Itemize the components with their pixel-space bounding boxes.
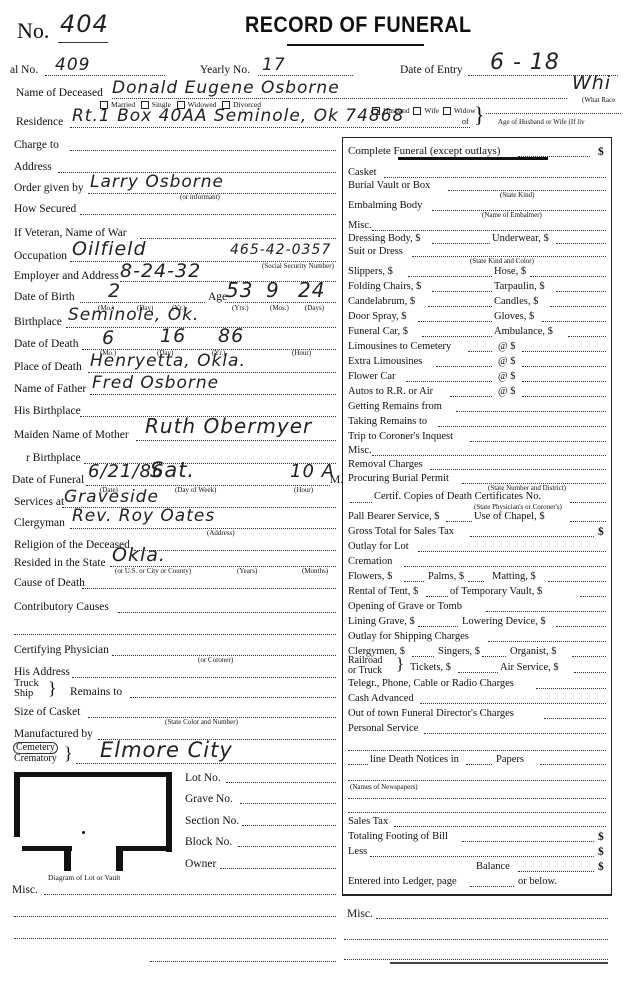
owner-field[interactable] [220, 868, 336, 869]
spouse-options: Husband Wife Widow [372, 107, 476, 115]
cemetery-field[interactable] [76, 763, 336, 764]
father-value: Fred Osborne [92, 373, 219, 393]
telegr-row: Telegr., Phone, Cable or Radio Charges [348, 678, 514, 690]
employer-label: Employer and Address [14, 269, 119, 283]
dob-value: 2 [108, 280, 121, 302]
door-spray-row: Door Spray, $ [348, 311, 407, 323]
his-address-label: His Address [14, 665, 70, 679]
shipping-charges-row: Outlay for Shipping Charges [348, 631, 469, 643]
outlay-lot-field[interactable] [418, 551, 606, 552]
birthplace-label: Birthplace [14, 315, 62, 329]
slippers-row: Slippers, $ [348, 266, 393, 278]
less-row: Less [348, 846, 367, 858]
spouse-age-hint: Age of Husband or Wife (If liv [498, 118, 585, 126]
personal-service-row: Personal Service [348, 723, 418, 735]
clergyman-label: Clergyman [14, 516, 65, 530]
address-label: Address [14, 160, 52, 174]
her-birthplace-label: r Birthplace [26, 451, 81, 465]
age-years-value: 53 [226, 278, 253, 302]
dod-month: 6 [102, 327, 115, 349]
order-given-by-value: Larry Osborne [90, 172, 224, 192]
taking-remains-field[interactable] [438, 426, 606, 427]
totaling-footing-field[interactable] [462, 841, 594, 842]
record-number-line [58, 42, 108, 43]
place-of-death-value: Henryetta, Okla. [90, 351, 246, 371]
occupation-value: Oilfield [72, 238, 147, 260]
misc-field-1[interactable] [372, 230, 606, 231]
dob-label: Date of Birth [14, 290, 75, 304]
deceased-name-value: Donald Eugene Osborne [112, 78, 340, 98]
ssn-hint: (Social Security Number) [262, 262, 334, 270]
clergyman-value: Rev. Roy Oates [72, 506, 215, 526]
getting-remains-field[interactable] [456, 411, 606, 412]
grave-no-label: Grave No. [185, 792, 233, 806]
flower-car-row: Flower Car [348, 371, 396, 383]
burial-vault-row: Burial Vault or Box [348, 180, 430, 192]
deceased-name-label: Name of Deceased [16, 86, 103, 100]
owner-label: Owner [185, 857, 216, 871]
wife-checkbox[interactable] [413, 107, 421, 115]
grave-no-field[interactable] [240, 803, 336, 804]
father-label: Name of Father [14, 382, 86, 396]
cash-advanced-row: Cash Advanced [348, 693, 414, 705]
place-of-death-label: Place of Death [14, 360, 82, 374]
balance-row: Balance [476, 861, 510, 872]
outlay-lot-row: Outlay for Lot [348, 541, 409, 553]
serial-no-label: al No. [10, 63, 38, 77]
rental-tent-row: Rental of Tent, $ [348, 586, 418, 598]
pall-bearer-row: Pall Bearer Service, $ [348, 511, 440, 523]
casket-size-label: Size of Casket [14, 705, 80, 719]
casket-row: Casket [348, 167, 377, 179]
funeral-hour-value: 10 A [290, 461, 335, 482]
dod-day: 16 [160, 325, 186, 347]
yearly-no-value: 17 [262, 55, 286, 75]
residence-value: Rt.1 Box 40AA Seminole, Ok 74868 [72, 106, 404, 126]
cemetery-value: Elmore City [100, 738, 233, 762]
father-field[interactable] [90, 394, 336, 395]
opening-grave-row: Opening of Grave or Tomb [348, 601, 462, 613]
casket-field[interactable] [384, 177, 606, 178]
contributory-label: Contributory Causes [14, 600, 109, 614]
lot-no-field[interactable] [226, 782, 336, 783]
misc-right-field[interactable] [376, 918, 608, 919]
how-secured-label: How Secured [14, 202, 76, 216]
order-given-by-label: Order given by [14, 181, 84, 195]
removal-charges-row: Removal Charges [348, 459, 423, 471]
tickets-row: Tickets, $ [410, 662, 451, 673]
his-birthplace-label: His Birthplace [14, 404, 81, 418]
misc-field-2[interactable] [372, 455, 606, 456]
widow-checkbox[interactable] [443, 107, 451, 115]
birthplace-value: Seminole, Ok. [68, 305, 199, 325]
suit-dress-row: Suit or Dress [348, 246, 403, 258]
extra-limousines-row: Extra Limousines [348, 356, 422, 368]
misc-row-2: Misc. [348, 445, 372, 457]
folding-chairs-row: Folding Chairs, $ [348, 281, 421, 293]
dod-label: Date of Death [14, 337, 79, 351]
race-value: Whi [572, 72, 611, 94]
page-title: RECORD OF FUNERAL [245, 12, 472, 38]
cremation-field[interactable] [404, 566, 606, 567]
cremation-row: Cremation [348, 556, 392, 568]
services-at-value: Graveside [64, 487, 159, 507]
complete-funeral-underline [398, 157, 548, 160]
yearly-no-label: Yearly No. [200, 63, 250, 77]
physician-label: Certifying Physician [14, 643, 109, 657]
charge-to-label: Charge to [14, 138, 59, 152]
ledger-page-field[interactable] [470, 886, 514, 887]
less-field[interactable] [370, 856, 594, 857]
funeral-car-row: Funeral Car, $ [348, 326, 408, 338]
cause-field[interactable] [82, 588, 336, 589]
mother-field[interactable] [136, 440, 336, 441]
mother-label: Maiden Name of Mother [14, 428, 129, 442]
lot-no-label: Lot No. [185, 771, 221, 785]
husband-checkbox[interactable] [372, 107, 380, 115]
cash-advanced-field[interactable] [420, 703, 606, 704]
funeral-day-value: Sat. [150, 458, 195, 482]
death-notices-row: line Death Notices in [370, 754, 459, 765]
record-number-label: No. [17, 18, 49, 44]
residence-label: Residence [16, 115, 63, 129]
coroner-inquest-field[interactable] [470, 441, 606, 442]
personal-service-field[interactable] [424, 733, 606, 734]
dressing-row: Dressing Body, $ [348, 233, 421, 245]
age-days-value: 24 [298, 278, 325, 302]
coroner-inquest-row: Trip to Coroner's Inquest [348, 431, 453, 443]
misc-right-label: Misc. [347, 907, 373, 921]
lining-grave-row: Lining Grave, $ [348, 616, 415, 628]
diagram-caption: Diagram of Lot or Vault [48, 874, 120, 882]
remains-to-field[interactable] [130, 697, 336, 698]
complete-funeral-row: Complete Funeral (except outlays) [348, 145, 500, 157]
burial-permit-row: Procuring Burial Permit [348, 473, 449, 485]
veteran-field[interactable] [140, 238, 336, 239]
out-of-town-row: Out of town Funeral Director's Charges [348, 708, 514, 720]
resided-value: Okla. [112, 544, 166, 566]
gross-total-field[interactable] [470, 536, 594, 537]
death-certificates-row: Certif. Copies of Death Certificates No. [374, 491, 541, 502]
out-of-town-field[interactable] [544, 718, 606, 719]
crematory-option[interactable]: Crematory [14, 754, 57, 764]
sales-tax-field[interactable] [394, 826, 606, 827]
telegr-field[interactable] [536, 688, 606, 689]
how-secured-field[interactable] [80, 214, 336, 215]
shipping-charges-field[interactable] [488, 641, 606, 642]
charge-to-field[interactable] [70, 150, 336, 151]
autos-row: Autos to R.R. or Air [348, 386, 433, 398]
informant-hint: (or informant) [180, 193, 220, 201]
mother-value: Ruth Obermyer [145, 414, 312, 438]
block-no-label: Block No. [185, 835, 232, 849]
manufactured-label: Manufactured by [14, 727, 93, 741]
misc-left-field[interactable] [44, 894, 336, 895]
removal-charges-field[interactable] [430, 469, 606, 470]
record-number-value: 404 [60, 10, 109, 38]
ledger-row: Entered into Ledger, page [348, 876, 457, 888]
candelabrum-row: Candelabrum, $ [348, 296, 415, 308]
spouse-of-label: of [462, 118, 469, 126]
gross-total-row: Gross Total for Sales Tax [348, 526, 454, 538]
block-no-field[interactable] [238, 846, 336, 847]
balance-field[interactable] [518, 871, 594, 872]
taking-remains-row: Taking Remains to [348, 416, 427, 428]
cause-label: Cause of Death [14, 576, 85, 590]
opening-grave-field[interactable] [486, 611, 606, 612]
totaling-footing-row: Totaling Footing of Bill [348, 831, 448, 843]
serial-no-value: 409 [55, 55, 90, 75]
limousines-row: Limousines to Cemetery [348, 341, 451, 353]
getting-remains-row: Getting Remains from [348, 401, 442, 413]
embalming-row: Embalming Body [348, 200, 422, 212]
title-underline [287, 44, 424, 46]
race-hint: (What Race [582, 96, 615, 104]
clergyman-field[interactable] [70, 528, 336, 529]
dod-year: 86 [218, 325, 244, 347]
misc-row-1: Misc. [348, 220, 372, 232]
flowers-row: Flowers, $ [348, 571, 392, 583]
his-address-field[interactable] [72, 677, 336, 678]
ssn-value: 465-42-0357 [230, 242, 331, 258]
resided-label: Resided in the State [14, 556, 106, 570]
misc-left-label: Misc. [12, 883, 38, 897]
contributory-field[interactable] [118, 612, 336, 613]
date-of-entry-label: Date of Entry [400, 63, 463, 77]
date-of-entry-value: 6 - 18 [490, 50, 560, 75]
age-months-value: 9 [266, 278, 280, 302]
sales-tax-row: Sales Tax [348, 816, 388, 828]
remains-to-label: Remains to [70, 685, 122, 699]
section-no-label: Section No. [185, 814, 239, 828]
section-no-field[interactable] [242, 825, 336, 826]
employer-value: 8-24-32 [120, 260, 201, 282]
services-at-label: Services at [14, 495, 64, 509]
funeral-date-label: Date of Funeral [12, 473, 84, 487]
occupation-label: Occupation [14, 249, 67, 263]
